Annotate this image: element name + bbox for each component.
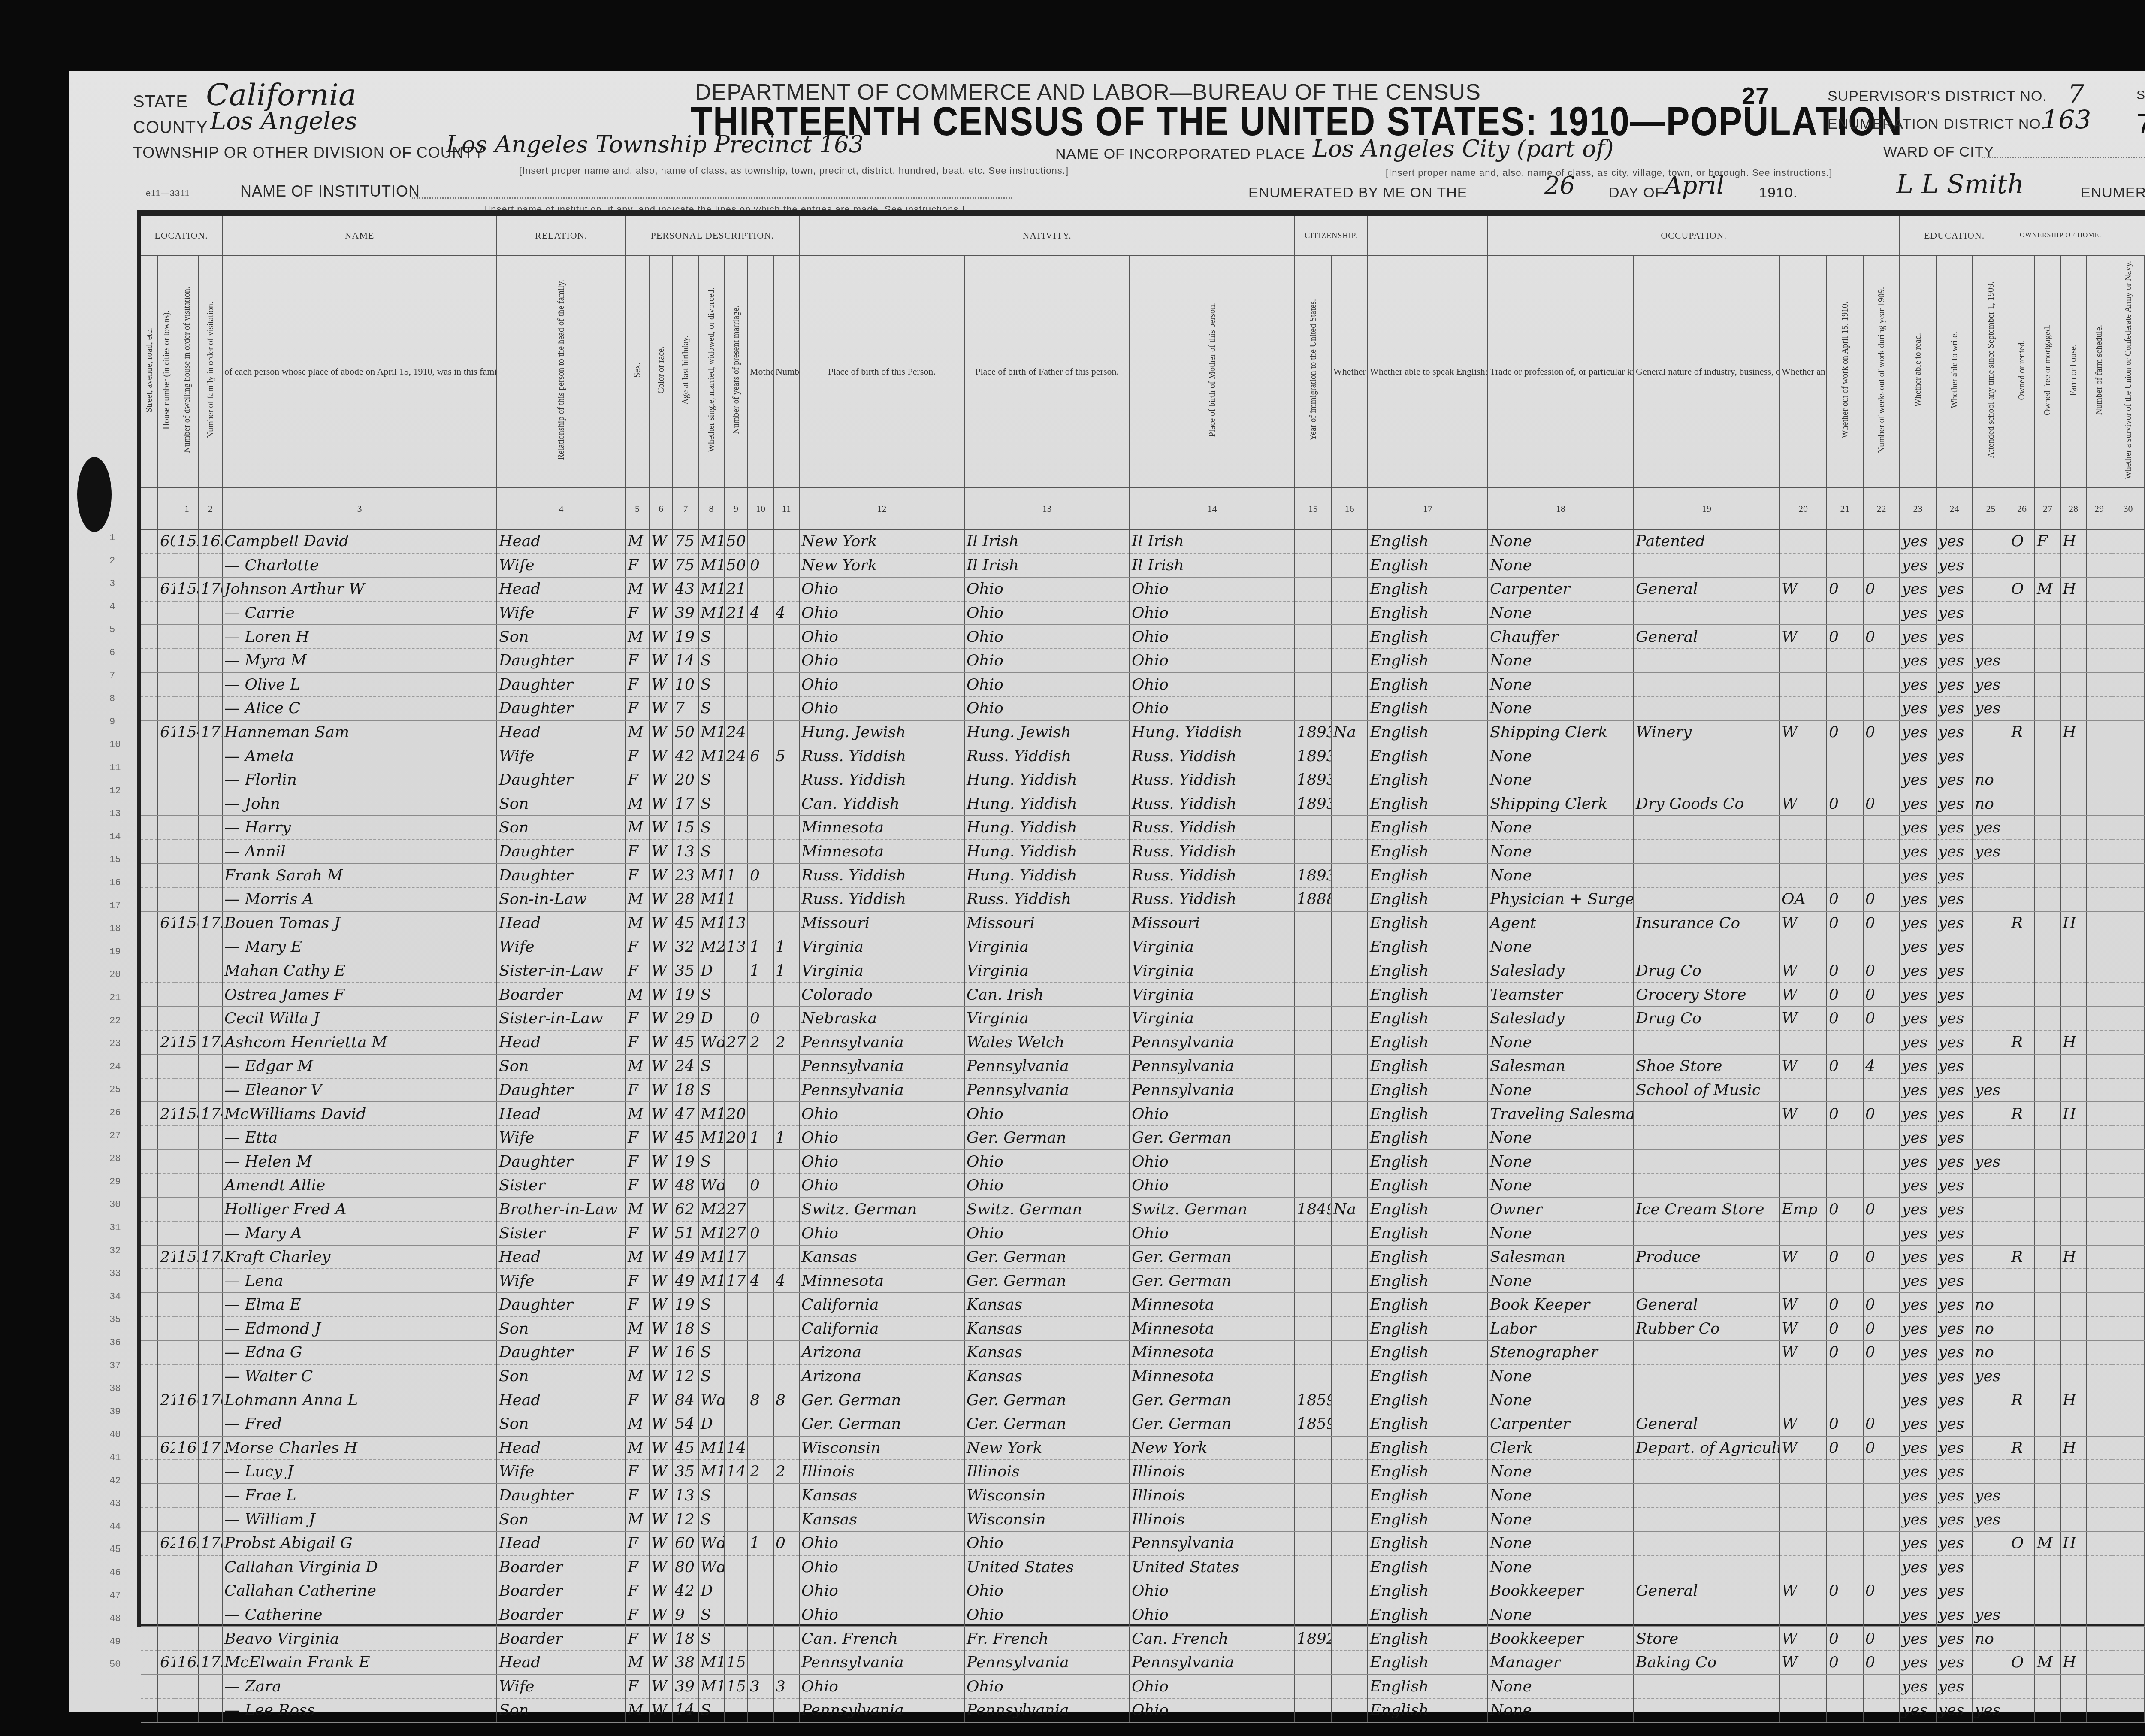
column-number [141,488,158,529]
column-header-9: Number of years of present marriage. [724,255,748,488]
cell-farm-schedule [2086,1651,2112,1675]
cell-mother: Virginia [1130,1007,1295,1031]
table-row: — Myra MDaughterFW14SOhioOhioOhioEnglish… [141,649,2145,673]
cell-language: English [1368,1078,1488,1102]
cell-dwelling: 152 [175,529,199,553]
cell-birthplace: Minnesota [799,840,964,864]
cell-farm-schedule [2086,983,2112,1007]
line-number: 8 [109,693,115,704]
cell-years-married [724,1293,748,1317]
cell-relation: Daughter [497,768,625,792]
cell-farm-house [2060,1221,2086,1245]
cell-farm-schedule [2086,1412,2112,1436]
table-row: — Edmond JSonMW18SCaliforniaKansasMinnes… [141,1317,2145,1341]
cell-farm-schedule [2086,1579,2112,1603]
cell-weeks-out: 0 [1863,1340,1900,1364]
cell-living [773,1173,799,1198]
cell-age: 51 [673,1221,698,1245]
cell-sex: M [625,1364,649,1388]
cell-read: yes [1900,744,1936,768]
cell-survivor [2112,577,2144,601]
cell-family: 174 [199,1102,222,1126]
cell-family [199,840,222,864]
cell-father: Ger. German [964,1245,1130,1269]
cell-farm-house [2060,1412,2086,1436]
cell-mother: Ohio [1130,1221,1295,1245]
cell-marital: Wd [698,1173,724,1198]
cell-mortgage [2035,840,2060,864]
cell-street [141,1126,158,1150]
cell-read: yes [1900,1627,1936,1651]
line-number: 2 [109,556,115,566]
cell-mother: Ger. German [1130,1269,1295,1293]
cell-race: W [649,1149,673,1173]
cell-language: English [1368,911,1488,935]
cell-weeks-out: 0 [1863,1412,1900,1436]
cell-living: 4 [773,1269,799,1293]
cell-marital: S [698,1317,724,1341]
cell-mother: Ohio [1130,1579,1295,1603]
enumeration-label: ENUMERATION DISTRICT NO. [1828,116,2045,133]
cell-mortgage [2035,1293,2060,1317]
cell-born [748,673,773,697]
line-number: 45 [109,1544,121,1555]
cell-mortgage [2035,959,2060,983]
cell-industry [1634,840,1779,864]
cell-family [199,1173,222,1198]
cell-street [141,1317,158,1341]
cell-survivor [2112,768,2144,792]
cell-relation: Wife [497,935,625,959]
cell-weeks-out: 0 [1863,1436,1900,1460]
table-row: — William JSonMW12SKansasWisconsinIllino… [141,1507,2145,1531]
cell-mortgage [2035,1555,2060,1579]
cell-name: — Edna G [222,1340,497,1364]
cell-house: 619 [158,1651,175,1675]
cell-mother: Ohio [1130,649,1295,673]
cell-relation: Head [497,1030,625,1054]
place-label: NAME OF INCORPORATED PLACE [1055,146,1305,163]
cell-farm-schedule [2086,1507,2112,1531]
cell-immigration [1295,1102,1331,1126]
cell-birthplace: Ohio [799,1675,964,1699]
cell-age: 17 [673,792,698,816]
cell-father: Ohio [964,1675,1130,1699]
cell-street [141,529,158,553]
cell-employer [1779,863,1827,887]
cell-school [1973,1221,2009,1245]
cell-mother: Pennsylvania [1130,1651,1295,1675]
cell-read: yes [1900,1317,1936,1341]
cell-mother: Ohio [1130,1102,1295,1126]
table-row: Frank Sarah MDaughterFW23M110Russ. Yiddi… [141,863,2145,887]
cell-dwelling [175,959,199,983]
cell-survivor [2112,1651,2144,1675]
cell-industry [1634,553,1779,578]
cell-age: 32 [673,935,698,959]
cell-school: yes [1973,816,2009,840]
cell-relation: Wife [497,744,625,768]
cell-naturalized [1331,553,1368,578]
cell-owned [2009,1078,2035,1102]
cell-age: 62 [673,1198,698,1222]
column-number: 11 [773,488,799,529]
cell-family: 175 [199,1245,222,1269]
cell-race: W [649,1484,673,1508]
cell-race: W [649,1603,673,1627]
cell-farm-schedule [2086,744,2112,768]
cell-race: W [649,1030,673,1054]
cell-employer: W [1779,1627,1827,1651]
cell-mother: Minnesota [1130,1364,1295,1388]
cell-survivor [2112,553,2144,578]
cell-sex: F [625,935,649,959]
cell-industry [1634,1388,1779,1412]
cell-birthplace: New York [799,553,964,578]
cell-read: yes [1900,1245,1936,1269]
cell-naturalized [1331,1675,1368,1699]
cell-mother: Ohio [1130,1173,1295,1198]
cell-industry: Drug Co [1634,1007,1779,1031]
cell-born [748,1293,773,1317]
cell-naturalized [1331,577,1368,601]
cell-street [141,1340,158,1364]
cell-farm-house: H [2060,1531,2086,1555]
cell-living [773,983,799,1007]
cell-house [158,1078,175,1102]
cell-farm-schedule [2086,1340,2112,1364]
cell-living: 5 [773,744,799,768]
cell-employer [1779,696,1827,720]
line-number: 38 [109,1383,121,1394]
cell-out-of-work [1827,696,1863,720]
cell-mother: Ger. German [1130,1245,1295,1269]
line-number: 3 [109,578,115,589]
cell-weeks-out: 0 [1863,1651,1900,1675]
cell-house [158,816,175,840]
cell-family [199,1340,222,1364]
cell-mortgage [2035,768,2060,792]
cell-naturalized [1331,601,1368,625]
table-row: — AmelaWifeFW42M12465Russ. YiddishRuss. … [141,744,2145,768]
cell-dwelling [175,1579,199,1603]
cell-birthplace: Ohio [799,673,964,697]
cell-dwelling [175,1054,199,1078]
line-number: 5 [109,624,115,635]
cell-write: yes [1936,1030,1973,1054]
cell-dwelling [175,744,199,768]
cell-race: W [649,1102,673,1126]
cell-industry [1634,887,1779,911]
cell-mortgage [2035,649,2060,673]
cell-read: yes [1900,1507,1936,1531]
cell-sex: F [625,1627,649,1651]
cell-language: English [1368,863,1488,887]
cell-father: Switz. German [964,1198,1130,1222]
column-header-23: Whether able to read. [1900,255,1936,488]
cell-family [199,1221,222,1245]
cell-name: — Alice C [222,696,497,720]
cell-weeks-out: 0 [1863,1245,1900,1269]
cell-occupation: Carpenter [1488,577,1634,601]
cell-race: W [649,625,673,649]
cell-occupation: None [1488,696,1634,720]
group-personal: PERSONAL DESCRIPTION. [625,216,799,255]
cell-father: Wales Welch [964,1030,1130,1054]
cell-born [748,649,773,673]
cell-family [199,1054,222,1078]
cell-house: 2111 [158,1030,175,1054]
cell-dwelling [175,1507,199,1531]
cell-out-of-work [1827,1149,1863,1173]
cell-family [199,887,222,911]
cell-name: — Carrie [222,601,497,625]
cell-mother: Ohio [1130,1675,1295,1699]
cell-out-of-work [1827,935,1863,959]
cell-born: 1 [748,959,773,983]
cell-occupation: None [1488,1484,1634,1508]
cell-born: 8 [748,1388,773,1412]
cell-school [1973,1460,2009,1484]
cell-employer [1779,1078,1827,1102]
cell-read: yes [1900,1078,1936,1102]
cell-dwelling: 156 [175,911,199,935]
cell-out-of-work [1827,1126,1863,1150]
cell-living: 1 [773,959,799,983]
cell-family [199,1293,222,1317]
cell-weeks-out [1863,1507,1900,1531]
cell-living [773,1221,799,1245]
cell-write: yes [1936,673,1973,697]
cell-sex: F [625,1030,649,1054]
cell-dwelling [175,1173,199,1198]
ward-line [1982,157,2145,158]
cell-relation: Head [497,911,625,935]
cell-survivor [2112,649,2144,673]
cell-read: yes [1900,1293,1936,1317]
cell-employer [1779,1030,1827,1054]
cell-survivor [2112,1507,2144,1531]
cell-write: yes [1936,720,1973,744]
cell-farm-schedule [2086,1555,2112,1579]
cell-living [773,1627,799,1651]
cell-out-of-work [1827,553,1863,578]
cell-family [199,1555,222,1579]
cell-out-of-work [1827,1675,1863,1699]
cell-mother: Il Irish [1130,529,1295,553]
cell-name: — John [222,792,497,816]
cell-marital: M1 [698,720,724,744]
cell-industry: Dry Goods Co [1634,792,1779,816]
cell-living [773,1149,799,1173]
cell-living [773,1651,799,1675]
cell-born [748,1198,773,1222]
cell-write: yes [1936,1412,1973,1436]
cell-family [199,1269,222,1293]
cell-name: — Charlotte [222,553,497,578]
cell-age: 9 [673,1603,698,1627]
cell-house [158,959,175,983]
cell-owned [2009,744,2035,768]
cell-street [141,792,158,816]
cell-weeks-out: 0 [1863,625,1900,649]
cell-farm-schedule [2086,1054,2112,1078]
cell-immigration: 1893 [1295,792,1331,816]
cell-house [158,1317,175,1341]
cell-immigration [1295,1340,1331,1364]
cell-name: McElwain Frank E [222,1651,497,1675]
line-number: 49 [109,1636,121,1647]
column-header-27: Owned free or mortgaged. [2035,255,2060,488]
cell-mortgage [2035,816,2060,840]
cell-survivor [2112,1126,2144,1150]
cell-out-of-work [1827,673,1863,697]
cell-father: Kansas [964,1340,1130,1364]
form-number: e11—3311 [146,189,190,199]
cell-immigration: 1893 [1295,720,1331,744]
cell-sex: F [625,649,649,673]
cell-read: yes [1900,649,1936,673]
table-row: — Eleanor VDaughterFW18SPennsylvaniaPenn… [141,1078,2145,1102]
cell-father: Ohio [964,577,1130,601]
cell-living: 8 [773,1388,799,1412]
cell-immigration [1295,959,1331,983]
cell-naturalized [1331,983,1368,1007]
cell-occupation: None [1488,840,1634,864]
cell-employer [1779,1484,1827,1508]
cell-owned [2009,1221,2035,1245]
cell-employer: OA [1779,887,1827,911]
column-header-20: Whether an employer, employee, or workin… [1779,255,1827,488]
cell-living [773,649,799,673]
cell-weeks-out [1863,601,1900,625]
cell-farm-schedule [2086,1627,2112,1651]
cell-relation: Sister-in-Law [497,1007,625,1031]
cell-employer: W [1779,1579,1827,1603]
cell-mother: Ger. German [1130,1412,1295,1436]
cell-write: yes [1936,649,1973,673]
cell-born [748,1054,773,1078]
cell-employer: W [1779,959,1827,983]
cell-birthplace: New York [799,529,964,553]
cell-born: 1 [748,1531,773,1555]
cell-years-married [724,1173,748,1198]
cell-sex: F [625,553,649,578]
cell-immigration [1295,696,1331,720]
group-nativity: NATIVITY. [799,216,1295,255]
cell-language: English [1368,529,1488,553]
cell-occupation: Bookkeeper [1488,1627,1634,1651]
cell-family [199,1698,222,1722]
cell-school: no [1973,1293,2009,1317]
cell-father: Ohio [964,1531,1130,1555]
line-number: 35 [109,1314,121,1325]
line-number: 47 [109,1591,121,1601]
cell-age: 18 [673,1317,698,1341]
cell-naturalized [1331,1102,1368,1126]
cell-write: yes [1936,887,1973,911]
table-row: 625162178Probst Abigail GHeadFW60Wd10Ohi… [141,1531,2145,1555]
cell-farm-house [2060,1054,2086,1078]
cell-mother: Illinois [1130,1507,1295,1531]
cell-years-married: 14 [724,1436,748,1460]
cell-employer: W [1779,1340,1827,1364]
cell-house [158,792,175,816]
cell-owned [2009,1484,2035,1508]
cell-write: yes [1936,601,1973,625]
cell-family [199,1675,222,1699]
cell-farm-schedule [2086,816,2112,840]
cell-school: yes [1973,1507,2009,1531]
cell-survivor [2112,1007,2144,1031]
cell-mortgage [2035,625,2060,649]
cell-immigration [1295,983,1331,1007]
line-number: 27 [109,1131,121,1141]
cell-naturalized [1331,1007,1368,1031]
cell-birthplace: Missouri [799,911,964,935]
cell-language: English [1368,1245,1488,1269]
cell-farm-schedule [2086,1531,2112,1555]
line-number: 46 [109,1567,121,1578]
column-number: 10 [748,488,773,529]
cell-race: W [649,1198,673,1222]
cell-language: English [1368,577,1488,601]
cell-born [748,1412,773,1436]
census-title: THIRTEENTH CENSUS OF THE UNITED STATES: … [691,99,1903,145]
cell-mortgage [2035,1007,2060,1031]
column-number: 28 [2060,488,2086,529]
table-row: — Alice CDaughterFW7SOhioOhioOhioEnglish… [141,696,2145,720]
cell-farm-house [2060,1627,2086,1651]
cell-survivor [2112,1460,2144,1484]
cell-relation: Head [497,529,625,553]
cell-naturalized [1331,1412,1368,1436]
cell-family: 178 [199,1531,222,1555]
cell-father: Ohio [964,696,1130,720]
cell-name: Ashcom Henrietta M [222,1030,497,1054]
cell-farm-house: H [2060,529,2086,553]
cell-language: English [1368,1126,1488,1150]
cell-street [141,1436,158,1460]
cell-relation: Head [497,1436,625,1460]
cell-write: yes [1936,577,1973,601]
cell-out-of-work [1827,816,1863,840]
cell-language: English [1368,1460,1488,1484]
cell-born [748,529,773,553]
cell-house: 2125 [158,1245,175,1269]
cell-sex: F [625,959,649,983]
cell-street [141,601,158,625]
cell-immigration [1295,1555,1331,1579]
cell-born: 0 [748,553,773,578]
cell-years-married [724,816,748,840]
cell-survivor [2112,744,2144,768]
cell-immigration [1295,1579,1331,1603]
cell-weeks-out [1863,1364,1900,1388]
cell-sex: M [625,1698,649,1722]
table-row: Cecil Willa JSister-in-LawFW29D0Nebraska… [141,1007,2145,1031]
cell-occupation: None [1488,1388,1634,1412]
cell-birthplace: Kansas [799,1507,964,1531]
column-header-text: Whether able to read. [1912,333,1924,407]
column-number: 13 [964,488,1130,529]
cell-living [773,1198,799,1222]
column-header-21: Whether out of work on April 15, 1910. [1827,255,1863,488]
cell-born [748,1507,773,1531]
cell-naturalized [1331,959,1368,983]
column-header-18: Trade or profession of, or particular ki… [1488,255,1634,488]
cell-race: W [649,1507,673,1531]
